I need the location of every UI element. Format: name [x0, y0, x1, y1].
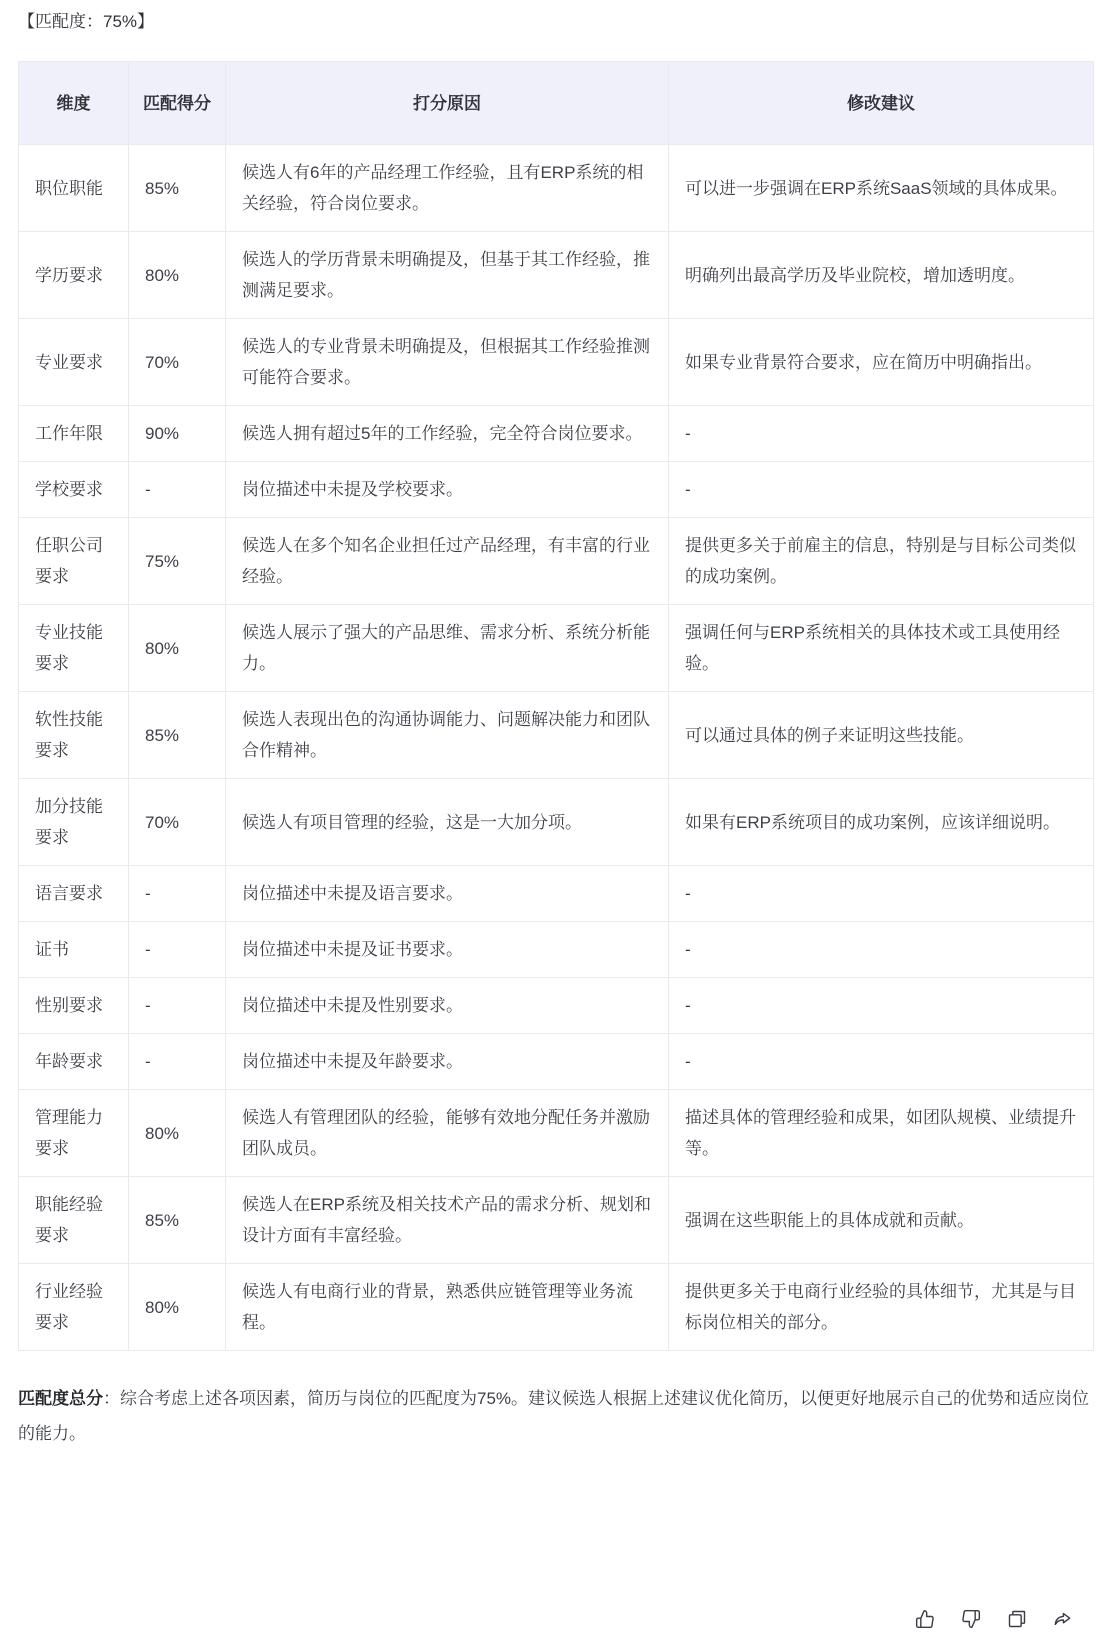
dimension-cell: 任职公司要求 — [19, 518, 129, 605]
suggestion-cell: 强调任何与ERP系统相关的具体技术或工具使用经验。 — [669, 605, 1094, 692]
dimension-cell: 管理能力要求 — [19, 1090, 129, 1177]
dimension-cell: 职能经验要求 — [19, 1177, 129, 1264]
thumbs-down-icon — [961, 1609, 981, 1629]
reason-cell: 候选人有项目管理的经验，这是一大加分项。 — [226, 779, 669, 866]
suggestion-cell: 如果专业背景符合要求，应在简历中明确指出。 — [669, 319, 1094, 406]
table-row: 专业要求70%候选人的专业背景未明确提及，但根据其工作经验推测可能符合要求。如果… — [19, 319, 1094, 406]
suggestion-cell: 可以进一步强调在ERP系统SaaS领域的具体成果。 — [669, 145, 1094, 232]
reason-cell: 候选人拥有超过5年的工作经验，完全符合岗位要求。 — [226, 406, 669, 462]
score-cell: 80% — [129, 1264, 226, 1351]
reason-cell: 候选人在ERP系统及相关技术产品的需求分析、规划和设计方面有丰富经验。 — [226, 1177, 669, 1264]
reason-cell: 候选人的学历背景未明确提及，但基于其工作经验，推测满足要求。 — [226, 232, 669, 319]
reason-cell: 候选人在多个知名企业担任过产品经理，有丰富的行业经验。 — [226, 518, 669, 605]
reason-cell: 候选人表现出色的沟通协调能力、问题解决能力和团队合作精神。 — [226, 692, 669, 779]
table-row: 学历要求80%候选人的学历背景未明确提及，但基于其工作经验，推测满足要求。明确列… — [19, 232, 1094, 319]
score-cell: 70% — [129, 319, 226, 406]
dimension-cell: 学校要求 — [19, 462, 129, 518]
suggestion-cell: - — [669, 462, 1094, 518]
dimension-cell: 年龄要求 — [19, 1034, 129, 1090]
chat-response: 【匹配度：75%】 维度 匹配得分 打分原因 修改建议 职位职能85%候选人有6… — [0, 0, 1110, 1646]
thumbs-down-button[interactable] — [960, 1608, 982, 1630]
dimension-cell: 语言要求 — [19, 866, 129, 922]
table-row: 年龄要求-岗位描述中未提及年龄要求。- — [19, 1034, 1094, 1090]
summary-label: 匹配度总分 — [18, 1389, 103, 1408]
suggestion-cell: 强调在这些职能上的具体成就和贡献。 — [669, 1177, 1094, 1264]
suggestion-cell: 如果有ERP系统项目的成功案例，应该详细说明。 — [669, 779, 1094, 866]
dimension-cell: 软性技能要求 — [19, 692, 129, 779]
table-row: 行业经验要求80%候选人有电商行业的背景，熟悉供应链管理等业务流程。提供更多关于… — [19, 1264, 1094, 1351]
score-cell: 80% — [129, 1090, 226, 1177]
reason-cell: 岗位描述中未提及语言要求。 — [226, 866, 669, 922]
reason-cell: 岗位描述中未提及学校要求。 — [226, 462, 669, 518]
table-row: 加分技能要求70%候选人有项目管理的经验，这是一大加分项。如果有ERP系统项目的… — [19, 779, 1094, 866]
suggestion-cell: 提供更多关于前雇主的信息，特别是与目标公司类似的成功案例。 — [669, 518, 1094, 605]
score-cell: - — [129, 462, 226, 518]
table-row: 性别要求-岗位描述中未提及性别要求。- — [19, 978, 1094, 1034]
score-cell: 85% — [129, 692, 226, 779]
reason-cell: 岗位描述中未提及年龄要求。 — [226, 1034, 669, 1090]
copy-button[interactable] — [1006, 1608, 1028, 1630]
summary-text: ：综合考虑上述各项因素，简历与岗位的匹配度为75%。建议候选人根据上述建议优化简… — [18, 1389, 1089, 1443]
suggestion-cell: 描述具体的管理经验和成果，如团队规模、业绩提升等。 — [669, 1090, 1094, 1177]
reason-cell: 候选人的专业背景未明确提及，但根据其工作经验推测可能符合要求。 — [226, 319, 669, 406]
score-cell: 70% — [129, 779, 226, 866]
dimension-cell: 工作年限 — [19, 406, 129, 462]
dimension-cell: 证书 — [19, 922, 129, 978]
suggestion-cell: 提供更多关于电商行业经验的具体细节，尤其是与目标岗位相关的部分。 — [669, 1264, 1094, 1351]
match-rate-title: 【匹配度：75%】 — [18, 10, 1092, 34]
table-row: 软性技能要求85%候选人表现出色的沟通协调能力、问题解决能力和团队合作精神。可以… — [19, 692, 1094, 779]
thumbs-up-button[interactable] — [914, 1608, 936, 1630]
reason-cell: 候选人有6年的产品经理工作经验，且有ERP系统的相关经验，符合岗位要求。 — [226, 145, 669, 232]
table-row: 管理能力要求80%候选人有管理团队的经验，能够有效地分配任务并激励团队成员。描述… — [19, 1090, 1094, 1177]
table-row: 证书-岗位描述中未提及证书要求。- — [19, 922, 1094, 978]
reason-cell: 候选人有管理团队的经验，能够有效地分配任务并激励团队成员。 — [226, 1090, 669, 1177]
dimension-cell: 行业经验要求 — [19, 1264, 129, 1351]
table-row: 工作年限90%候选人拥有超过5年的工作经验，完全符合岗位要求。- — [19, 406, 1094, 462]
header-dimension: 维度 — [19, 62, 129, 145]
score-cell: 75% — [129, 518, 226, 605]
dimension-cell: 学历要求 — [19, 232, 129, 319]
table-row: 学校要求-岗位描述中未提及学校要求。- — [19, 462, 1094, 518]
share-icon — [1053, 1609, 1073, 1629]
score-cell: 80% — [129, 232, 226, 319]
table-row: 职位职能85%候选人有6年的产品经理工作经验，且有ERP系统的相关经验，符合岗位… — [19, 145, 1094, 232]
share-button[interactable] — [1052, 1608, 1074, 1630]
suggestion-cell: - — [669, 1034, 1094, 1090]
table-row: 职能经验要求85%候选人在ERP系统及相关技术产品的需求分析、规划和设计方面有丰… — [19, 1177, 1094, 1264]
dimension-cell: 加分技能要求 — [19, 779, 129, 866]
suggestion-cell: - — [669, 406, 1094, 462]
thumbs-up-icon — [915, 1609, 935, 1629]
score-cell: 85% — [129, 145, 226, 232]
score-cell: - — [129, 1034, 226, 1090]
score-cell: - — [129, 978, 226, 1034]
score-cell: 80% — [129, 605, 226, 692]
header-reason: 打分原因 — [226, 62, 669, 145]
score-cell: - — [129, 866, 226, 922]
score-cell: 85% — [129, 1177, 226, 1264]
reason-cell: 候选人展示了强大的产品思维、需求分析、系统分析能力。 — [226, 605, 669, 692]
suggestion-cell: - — [669, 978, 1094, 1034]
header-score: 匹配得分 — [129, 62, 226, 145]
suggestion-cell: - — [669, 866, 1094, 922]
dimension-cell: 专业要求 — [19, 319, 129, 406]
reason-cell: 岗位描述中未提及性别要求。 — [226, 978, 669, 1034]
match-table-body: 职位职能85%候选人有6年的产品经理工作经验，且有ERP系统的相关经验，符合岗位… — [19, 145, 1094, 1351]
feedback-toolbar — [914, 1608, 1074, 1630]
reason-cell: 候选人有电商行业的背景，熟悉供应链管理等业务流程。 — [226, 1264, 669, 1351]
dimension-cell: 性别要求 — [19, 978, 129, 1034]
table-row: 语言要求-岗位描述中未提及语言要求。- — [19, 866, 1094, 922]
summary-paragraph: 匹配度总分：综合考虑上述各项因素，简历与岗位的匹配度为75%。建议候选人根据上述… — [18, 1381, 1093, 1451]
dimension-cell: 专业技能要求 — [19, 605, 129, 692]
suggestion-cell: 可以通过具体的例子来证明这些技能。 — [669, 692, 1094, 779]
copy-icon — [1007, 1609, 1027, 1629]
score-cell: 90% — [129, 406, 226, 462]
score-cell: - — [129, 922, 226, 978]
suggestion-cell: - — [669, 922, 1094, 978]
table-row: 专业技能要求80%候选人展示了强大的产品思维、需求分析、系统分析能力。强调任何与… — [19, 605, 1094, 692]
dimension-cell: 职位职能 — [19, 145, 129, 232]
table-header-row: 维度 匹配得分 打分原因 修改建议 — [19, 62, 1094, 145]
reason-cell: 岗位描述中未提及证书要求。 — [226, 922, 669, 978]
header-suggestion: 修改建议 — [669, 62, 1094, 145]
match-analysis-table: 维度 匹配得分 打分原因 修改建议 职位职能85%候选人有6年的产品经理工作经验… — [18, 61, 1094, 1351]
suggestion-cell: 明确列出最高学历及毕业院校，增加透明度。 — [669, 232, 1094, 319]
table-row: 任职公司要求75%候选人在多个知名企业担任过产品经理，有丰富的行业经验。提供更多… — [19, 518, 1094, 605]
